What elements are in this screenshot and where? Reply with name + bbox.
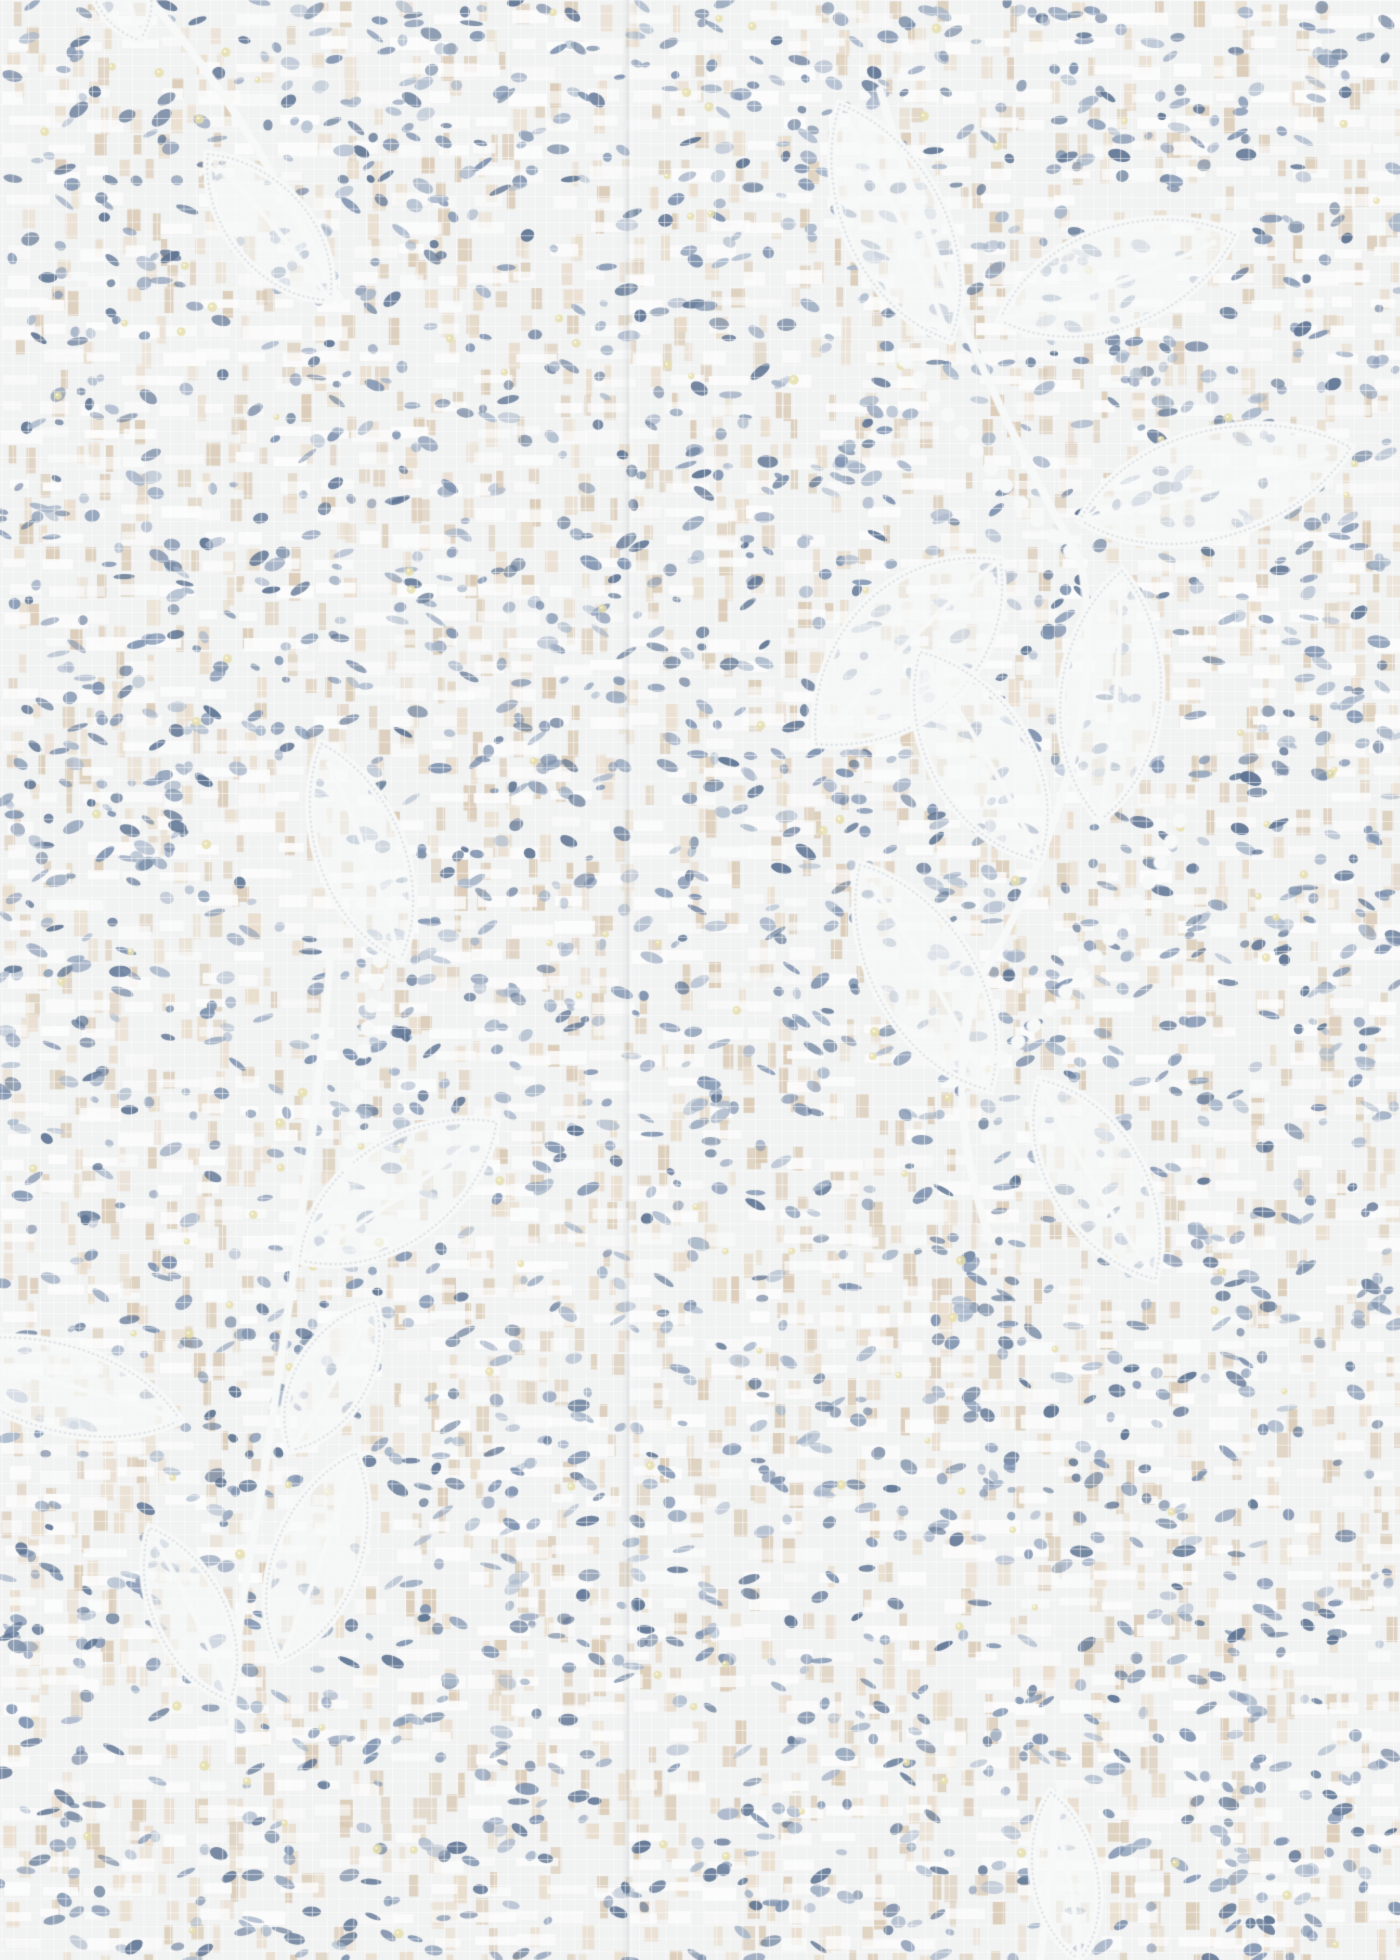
vertical-seam [622,0,636,1960]
fabric-photo: Close-up of tweed fabric with white embr… [0,0,1400,1960]
tweed-texture [0,0,1400,1960]
